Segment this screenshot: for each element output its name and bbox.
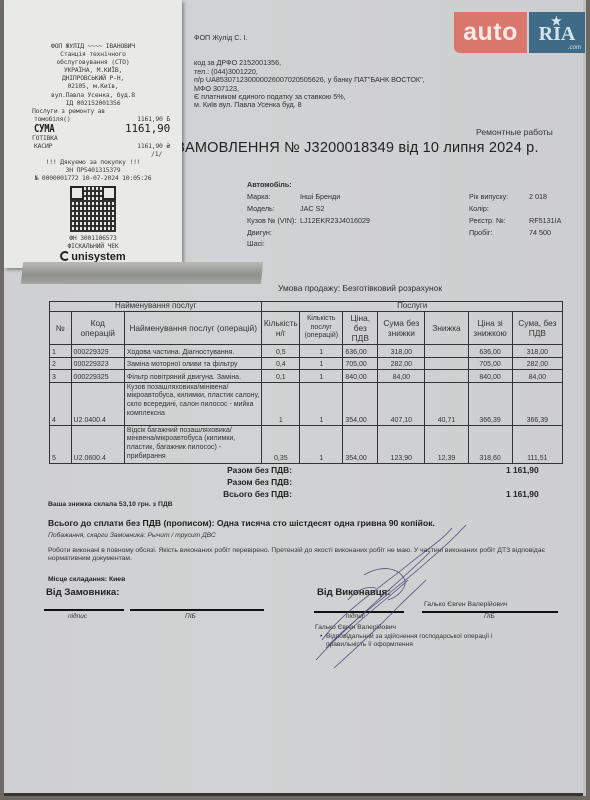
vehicle-heading: Автомобіль: (247, 180, 292, 189)
table-row: 5U2.0600.4Відсік багажний позашляховика/… (50, 425, 563, 463)
place-of-issue: Місце складання: Киев (48, 576, 125, 583)
receipt-thanks: !!! Дякуємо за покупку !!! (4, 158, 182, 166)
vehicle-mileage: Пробіг:74 500 (469, 228, 493, 237)
col-header-no: № (50, 312, 72, 345)
customer-name-line (130, 609, 264, 611)
logo-auto: auto (454, 12, 527, 53)
col-header-name: Найменування послуг (операцій) (124, 312, 262, 345)
group-header-services-name: Найменування послуг (50, 302, 262, 312)
customer-label: Від Замовника: (46, 587, 119, 598)
contractor-name-below: Галько Євген Валерійович (315, 624, 396, 631)
receipt-cashier-row: КАСИР1161,90 ₴ (4, 142, 182, 150)
fiscal-receipt: ФОП ЖУЛІД ~~~~ ІВАНОВИЧ Станція технічно… (4, 0, 182, 268)
autoria-logo: auto ★ RIA .com (454, 12, 585, 53)
work-conclusion: Роботи виконані в повному обсязі. Якість… (48, 547, 568, 564)
col-header-price: Ціна, без ПДВ (343, 312, 378, 345)
unisystem-logo: unisystem (4, 251, 182, 261)
vehicle-vin: Кузов № (VIN):LJ12EKR23J4016029 (247, 216, 296, 225)
vehicle-engine: Двигун: (247, 228, 272, 237)
customer-sign-caption: підпис (68, 613, 87, 620)
services-table: Найменування послуг Послуги № Код операц… (49, 301, 563, 464)
vehicle-reg-number: Реєстр. №:RF5131IA (469, 216, 506, 225)
group-header-services: Послуги (262, 302, 563, 312)
unisystem-swirl-icon (60, 251, 70, 261)
seller-details: ФОП Жулід С. І. код за ДРФО 2152001356, … (194, 34, 425, 110)
vehicle-info: Автомобіль: Марка:Інші Бренди Модель:JAC… (247, 180, 292, 192)
table-row: 3000229325Фільтр повітряний двигуна. Зам… (50, 370, 563, 383)
col-header-discount: Знижка (425, 312, 468, 345)
vehicle-model: Модель:JAC S2 (247, 204, 275, 213)
col-header-hours: Кількість н/г (262, 312, 300, 345)
logo-ria: ★ RIA .com (529, 12, 585, 53)
contractor-name-caption: ПІБ (484, 613, 495, 620)
qr-code-icon (70, 186, 116, 232)
vehicle-year: Рік випуску:2 018 (469, 192, 508, 201)
discount-note: Ваша знижка склала 53,10 грн. з ПДВ (48, 501, 173, 508)
order-title: ЗАМОВЛЕННЯ № J3200018349 від 10 липня 20… (176, 140, 539, 156)
table-row: 4U2.0400.4Кузов позашляховика/мінівена/м… (50, 382, 563, 425)
col-header-sum: Сума без знижки (378, 312, 425, 345)
seller-line: м. Київ вул. Павла Усенка буд. 8 (194, 101, 425, 109)
col-header-total: Сума, без ПДВ (512, 312, 562, 345)
contractor-name: Галько Євген Валерійович (424, 601, 507, 608)
table-row: 2000229323Заміна моторної оливи та фільт… (50, 357, 563, 370)
sale-terms: Умова продажу: Безготівковий розрахунок (278, 283, 442, 293)
vehicle-color: Колір: (469, 204, 489, 213)
vehicle-chassis: Шасі: (247, 239, 265, 248)
customer-name-caption: ПІБ (185, 613, 196, 620)
receipt-payment: ГОТІВКА (4, 134, 182, 142)
table-row: 1000229329Ходова частина. Діагностування… (50, 345, 563, 358)
col-header-qty: Кількість послуг (операцій) (300, 312, 343, 345)
customer-signature-line (44, 609, 124, 611)
contractor-label: Від Виконавця: (317, 587, 390, 598)
receipt-fold-shadow (21, 262, 263, 284)
seller-name: ФОП Жулід С. І. (194, 34, 425, 42)
document-type: Ремонтные работы (476, 127, 553, 137)
page-edge (583, 0, 586, 796)
col-header-price-disc: Ціна зі знижкою (468, 312, 512, 345)
contractor-sign-caption: підпис (346, 613, 365, 620)
responsible-note: •Відповідальний за здійснення господарсь… (320, 633, 516, 649)
total-in-words: Всього до сплати без ПДВ (прописом): Одн… (48, 518, 435, 528)
star-icon: ★ (551, 14, 562, 29)
customer-wishes: Побажання, скарги Замовника: Рычит / тру… (48, 532, 216, 539)
col-header-code: Код операцій (71, 312, 124, 345)
receipt-datetime: № 0000001772 10-07-2024 10:05:26 (4, 174, 182, 182)
vehicle-make: Марка:Інші Бренди (247, 192, 270, 201)
receipt-sum-row: СУМА1161,90 (4, 123, 182, 134)
